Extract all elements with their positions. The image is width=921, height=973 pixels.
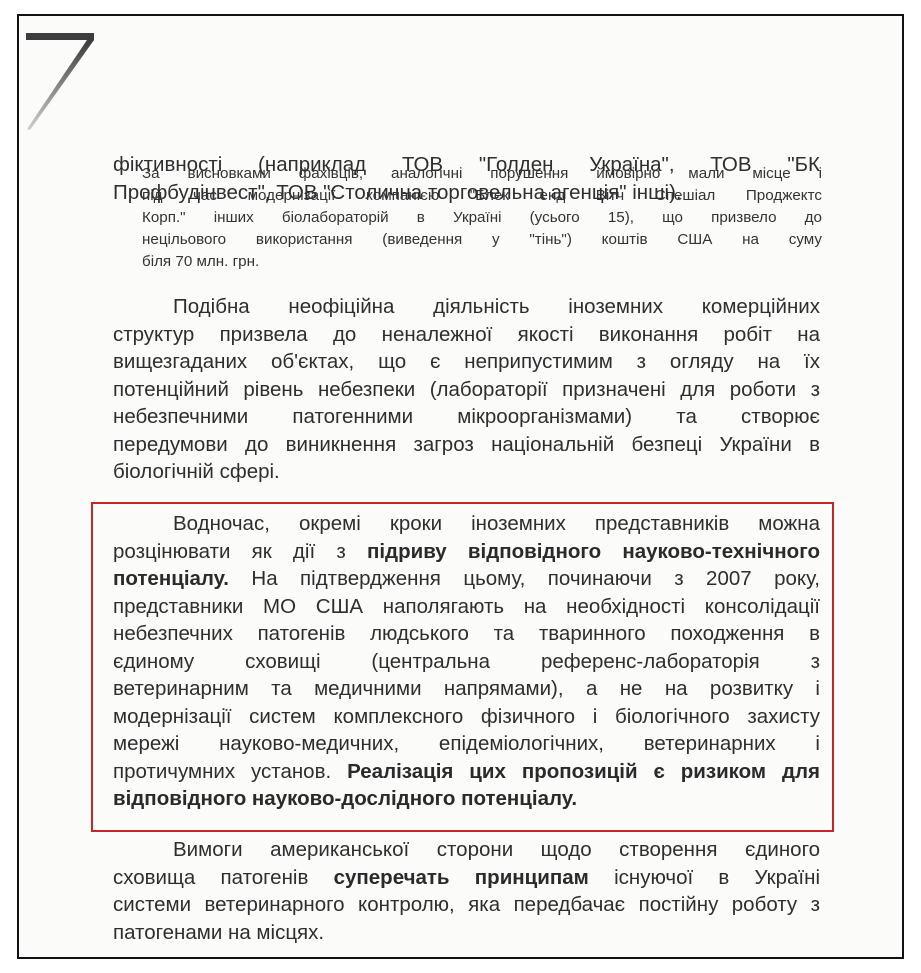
bold-text: суперечать принципам bbox=[334, 866, 589, 889]
text-line: протичумних установ. Реалізація цих проп… bbox=[113, 758, 820, 786]
text-run: патогенами на місцях. bbox=[113, 921, 324, 944]
bold-text: відповідного науково-дослідного потенціа… bbox=[113, 787, 577, 810]
text-run: На підтвердження цьому, починаючи з 2007… bbox=[229, 567, 820, 590]
text-line: потенційний рівень небезпеки (лабораторі… bbox=[113, 376, 820, 404]
text-line: сховища патогенів суперечать принципам і… bbox=[113, 864, 820, 892]
text-run: Водночас, окремі кроки іноземних предста… bbox=[173, 512, 820, 535]
text-line: мережі науково-медичних, епідеміологічни… bbox=[113, 730, 820, 758]
text-line: єдиному сховищі (центральна референс-лаб… bbox=[113, 648, 820, 676]
text-line: біля 70 млн. грн. bbox=[142, 251, 822, 273]
text-run: протичумних установ. bbox=[113, 760, 347, 783]
text-line: системи ветеринарного контролю, яка пере… bbox=[113, 891, 820, 919]
paragraph-experts-conclusions: За висновками фахівців, аналогічні поруш… bbox=[142, 163, 822, 273]
text-run: Вимоги американської сторони щодо створе… bbox=[173, 838, 820, 861]
text-line: За висновками фахівців, аналогічні поруш… bbox=[142, 163, 822, 185]
text-line: нецільового використання (виведення у "т… bbox=[142, 229, 822, 251]
paragraph-undermining-potential: Водночас, окремі кроки іноземних предста… bbox=[113, 510, 820, 813]
text-line: структур призвела до неналежної якості в… bbox=[113, 321, 820, 349]
bold-text: підриву відповідного науково-технічного bbox=[367, 540, 820, 563]
text-line: небезпечними патогенними мікроорганізмам… bbox=[113, 403, 820, 431]
text-line: патогенами на місцях. bbox=[113, 919, 820, 947]
text-line: передумови до виникнення загроз націонал… bbox=[113, 431, 820, 459]
text-line: Вимоги американської сторони щодо створе… bbox=[113, 836, 820, 864]
text-line: потенціалу. На підтвердження цьому, почи… bbox=[113, 565, 820, 593]
text-run: єдиному сховищі (центральна референс-лаб… bbox=[113, 650, 820, 673]
text-line: біологічній сфері. bbox=[113, 458, 820, 486]
paragraph-pathogen-storage-demands: Вимоги американської сторони щодо створе… bbox=[113, 836, 820, 946]
text-line: Подібна неофіційна діяльність іноземних … bbox=[113, 293, 820, 321]
text-run: небезпечних патогенів людського та твари… bbox=[113, 622, 820, 645]
text-run: мережі науково-медичних, епідеміологічни… bbox=[113, 732, 820, 755]
bold-text: потенціалу. bbox=[113, 567, 229, 590]
text-line: ветеринарним та медичними напрямами), а … bbox=[113, 675, 820, 703]
page-number-seven-icon bbox=[25, 33, 95, 133]
text-line: Водночас, окремі кроки іноземних предста… bbox=[113, 510, 820, 538]
bold-text: Реалізація цих пропозицій є ризиком для bbox=[347, 760, 820, 783]
text-line: модернізації систем комплексного фізично… bbox=[113, 703, 820, 731]
text-run: модернізації систем комплексного фізично… bbox=[113, 705, 820, 728]
text-line: розцінювати як дії з підриву відповідног… bbox=[113, 538, 820, 566]
text-line: Корп." інших біолабораторій в Україні (у… bbox=[142, 207, 822, 229]
paragraph-unofficial-activity: Подібна неофіційна діяльність іноземних … bbox=[113, 293, 820, 486]
text-run: ветеринарним та медичними напрямами), а … bbox=[113, 677, 820, 700]
text-run: системи ветеринарного контролю, яка пере… bbox=[113, 893, 820, 916]
text-run: розцінювати як дії з bbox=[113, 540, 367, 563]
text-run: представники МО США наполягають на необх… bbox=[113, 595, 820, 618]
text-run: існуючої в Україні bbox=[589, 866, 820, 889]
text-line: небезпечних патогенів людського та твари… bbox=[113, 620, 820, 648]
text-line: вищезгаданих об'єктах, що є неприпустими… bbox=[113, 348, 820, 376]
text-line: представники МО США наполягають на необх… bbox=[113, 593, 820, 621]
text-line: відповідного науково-дослідного потенціа… bbox=[113, 785, 820, 813]
text-line: під час модернізації компанією "Блек енд… bbox=[142, 185, 822, 207]
text-run: сховища патогенів bbox=[113, 866, 334, 889]
